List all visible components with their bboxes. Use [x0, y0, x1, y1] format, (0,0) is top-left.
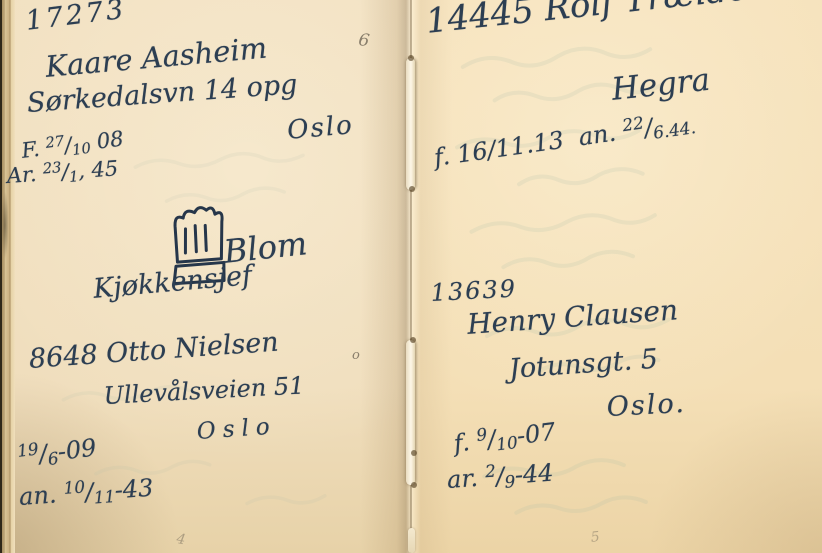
page-edge-stack [0, 0, 15, 553]
date-numerator: 19 [16, 438, 40, 460]
city-line: Oslo. [606, 388, 687, 423]
pencil-mark: o [352, 348, 360, 363]
date-label: an. [18, 480, 57, 511]
date-year: -07 [515, 418, 557, 451]
date-year: , 45 [77, 156, 119, 183]
date-year: -44 [514, 459, 555, 490]
date-label: F. [20, 137, 41, 163]
stitch-thread-bottom [406, 340, 415, 485]
date-numerator: 23 [42, 159, 62, 177]
stitch-hole [411, 450, 417, 456]
city-line: Oslo [196, 413, 277, 445]
date-denominator: 10 [71, 140, 92, 159]
date-year: -43 [114, 474, 155, 505]
stitch-thread-tail [408, 528, 415, 553]
date-label: f. [452, 428, 471, 458]
date-numerator: 10 [63, 476, 86, 497]
date-label: an. [577, 119, 618, 152]
notebook-scan: 17273 Kaare Aasheim Sørkedalsvn 14 opg O… [0, 0, 822, 553]
date-numerator: 27 [44, 133, 65, 152]
date-denominator: 11 [93, 486, 116, 507]
date-label: Ar. [6, 162, 37, 188]
edge-smudge [0, 180, 10, 270]
stitch-hole [409, 186, 415, 192]
stitch-hole [408, 55, 414, 61]
stitch-thread-top [406, 58, 415, 190]
stitch-hole [410, 337, 416, 343]
stitch-hole [411, 482, 417, 488]
date-denominator: 10 [495, 432, 519, 454]
city-line: Oslo [286, 110, 355, 146]
date-year: 08 [89, 127, 125, 155]
date-year: -09 [56, 433, 98, 466]
entry-number: 13639 [430, 274, 518, 306]
date-label: ar. [446, 464, 479, 494]
pencil-mark: 5 [590, 529, 601, 546]
